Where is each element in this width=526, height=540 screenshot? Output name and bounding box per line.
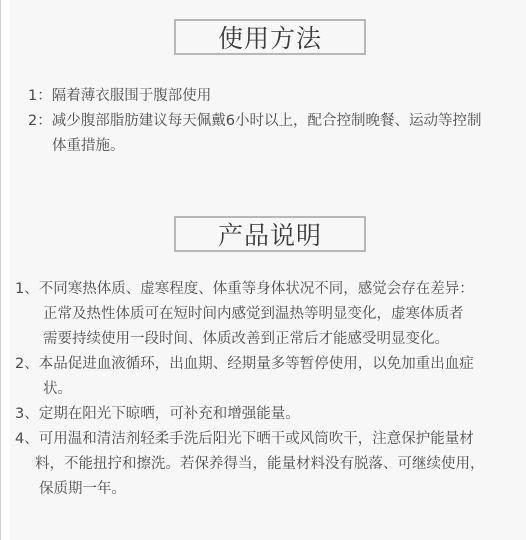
product-item-4-line-3: 保质期一年。 [39, 477, 126, 502]
product-item-2-line-2: 状。 [43, 377, 72, 402]
usage-item-2: 2：减少腹部脂肪建议每天佩戴6小时以上，配合控制晚餐、运动等控制 [28, 109, 481, 134]
product-item-1-line-3: 需要持续使用一段时间、体质改善到正常后才能感受明显变化。 [43, 327, 449, 352]
product-item-1: 1、不同寒热体质、虚寒程度、体重等身体状况不同，感觉会存在差异： [15, 277, 474, 302]
usage-item-2-continuation: 体重措施。 [52, 134, 125, 159]
product-item-text: 不同寒热体质、虚寒程度、体重等身体状况不同，感觉会存在差异： [39, 281, 474, 297]
product-item-number: 3、 [15, 406, 39, 422]
usage-item-text: 隔着薄衣服围于腹部使用 [52, 88, 212, 104]
product-item-text: 本品促进血液循环，出血期、经期量多等暂停使用，以免加重出血症 [39, 356, 474, 372]
product-item-text: 可用温和清洁剂轻柔手洗后阳光下晒干或风筒吹干，注意保护能量材 [39, 431, 474, 447]
product-item-number: 2、 [15, 356, 39, 372]
product-item-number: 4、 [15, 431, 39, 447]
usage-item-number: 1： [28, 88, 52, 104]
product-item-3: 3、定期在阳光下晾晒，可补充和增强能量。 [15, 402, 300, 427]
product-item-2: 2、本品促进血液循环，出血期、经期量多等暂停使用，以免加重出血症 [15, 352, 474, 377]
product-item-4-line-2: 料，不能扭拧和擦洗。若保养得当，能量材料没有脱落、可继续使用， [35, 452, 485, 477]
usage-item-1: 1：隔着薄衣服围于腹部使用 [28, 84, 211, 109]
usage-item-text: 减少腹部脂肪建议每天佩戴6小时以上，配合控制晚餐、运动等控制 [52, 113, 482, 129]
product-item-number: 1、 [15, 281, 39, 297]
product-section-title: 产品说明 [174, 216, 366, 252]
usage-section-title: 使用方法 [174, 19, 366, 55]
product-item-4: 4、可用温和清洁剂轻柔手洗后阳光下晒干或风筒吹干，注意保护能量材 [15, 427, 474, 452]
usage-item-number: 2： [28, 113, 52, 129]
content-panel: 使用方法 1：隔着薄衣服围于腹部使用 2：减少腹部脂肪建议每天佩戴6小时以上，配… [10, 0, 526, 540]
product-item-text: 定期在阳光下晾晒，可补充和增强能量。 [39, 406, 300, 422]
product-item-1-line-2: 正常及热性体质可在短时间内感觉到温热等明显变化，虚寒体质者 [43, 302, 464, 327]
left-border [0, 0, 1, 540]
